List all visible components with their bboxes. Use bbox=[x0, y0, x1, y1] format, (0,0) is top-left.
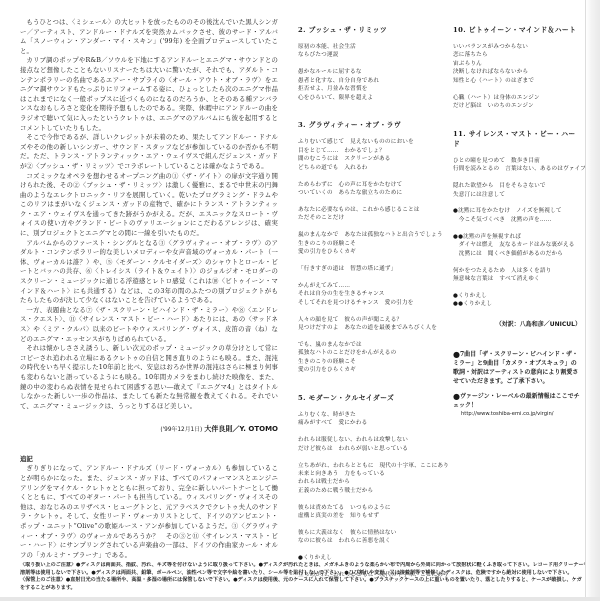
notice-text: ●直射日光の当たる場所や、高温・多湿の場所には保管しないで下さい。●ディスクは使… bbox=[66, 577, 582, 583]
lyric-stanza: 心臓（ハート）は身体のエンジンだけど脳は いのちのエンジン bbox=[453, 94, 581, 111]
paragraph: もうひとつは、〈ミシェール〉の大ヒットを放ったもののその後沈んでいた黒人シンガー… bbox=[20, 18, 278, 56]
lyric-stanza: かんがえてみて……それは自分の生を生きるチャンスそしてそれを見つけるチャンス 愛… bbox=[298, 282, 446, 307]
lyric-line: ならびたつ運説 bbox=[298, 51, 446, 59]
label-info-note: ●ヴァージン・レーベルの最新情報はここでチェック！ bbox=[453, 392, 581, 410]
omitted-lyrics-note: ●7曲目「ザ・スクリーン・ビハインド・ザ・ミラー」と9曲目「カメラ・オブスキュラ… bbox=[453, 350, 581, 386]
lyric-line: 宙ぶらりん bbox=[453, 60, 581, 68]
lyric-line: 愚かなルールに屈するな bbox=[298, 68, 446, 76]
lyric-line: あなたに必要なものは、これから感じることは bbox=[298, 206, 446, 214]
lyric-stanza: ひとの瞳を見つめて 数歩き目前行間を読みとるの 言葉はない、あるのはヴァイブだけ bbox=[453, 157, 581, 174]
lyric-line: 拒否せよ、月並みな習慣を bbox=[298, 85, 446, 93]
lyric-line: 未来と向きあう 力をもっている bbox=[298, 470, 446, 478]
postscript-title: 追記 bbox=[20, 455, 278, 464]
lyric-line: ただそのことだけ bbox=[298, 214, 446, 222]
lyric-stanza: でも、嵐のまんなかでは孤独なハトのことだけをかんがえるの生きのこりの経験こそ愛の… bbox=[298, 341, 446, 375]
lyric-line: ふりむいて感じて 見えないもののにおいを bbox=[298, 138, 446, 146]
lyric-line: 生きのこりの経験こそ bbox=[298, 240, 446, 248]
lyric-line: 彼らに大義はなく 彼らに情熱はない bbox=[298, 529, 446, 537]
lyric-line: ●沈黙に耳をかたむけ ノイズを無視して bbox=[453, 207, 581, 215]
lyric-line: 何かをつたえるため 人は多くを語り bbox=[453, 267, 581, 275]
lyric-line: 隠れた欲望から 目をそらさないで bbox=[453, 182, 581, 190]
lyric-line: 生きのこりの経験こそ bbox=[298, 358, 446, 366]
notice-line: 〈保管上のご注意〉●直射日光の当たる場所や、高温・多湿の場所には保管しないで下さ… bbox=[20, 577, 590, 585]
song-title: 3. グラヴィティー・オブ・ラヴ bbox=[298, 120, 446, 130]
page-edge-bottom bbox=[0, 597, 600, 601]
handling-notice: 〈取り扱い上のご注意〉●ディスクは両面共、指紋、汚れ、キズ等を付けないように取り… bbox=[20, 562, 590, 592]
lyric-line: 虚構と真実の差を 知りもせず bbox=[298, 512, 446, 520]
lyric-line: 今こそ気づくべき 沈黙の声を…… bbox=[453, 216, 581, 224]
lyric-line: かんがえてみて…… bbox=[298, 282, 446, 290]
bullet-icon: ● bbox=[453, 349, 460, 359]
song-title: 11. サイレンス・マスト・ビー・ハード bbox=[453, 129, 581, 149]
lyric-line: 決断しなければならないから bbox=[453, 68, 581, 76]
label-info-text: ヴァージン・レーベルの最新情報はここでチェック！ bbox=[453, 393, 580, 409]
lyric-stanza: いいバランスがみつからない恋に落ちたら宙ぶらりん決断しなければならないから知性と… bbox=[453, 43, 581, 85]
lyric-line: 失意汀には注意して bbox=[453, 191, 581, 199]
lyric-line: どちらの道でも 入れるわ bbox=[298, 164, 446, 172]
lyric-stanza: 「行きすぎの道は 智慧の塔に通ず」 bbox=[298, 265, 446, 273]
lyrics-column-2: 2. ブッシュ・ザ・リミッツ原初の本能、社会生活ならびたつ運説愚かなルールに屈す… bbox=[298, 25, 446, 588]
lyric-line: 人々の顔を見て 彼らの声が聞こえる？ bbox=[298, 316, 446, 324]
lyric-stanza: 隠れた欲望から 目をそらさないで失意汀には注意して bbox=[453, 182, 581, 199]
lyric-line: 「行きすぎの道は 智慧の塔に通ず」 bbox=[298, 265, 446, 273]
song-gap bbox=[298, 383, 446, 393]
lyric-line: 正義のために戦う戦士だから bbox=[298, 487, 446, 495]
bullet-icon: ● bbox=[453, 391, 460, 401]
lyric-stanza: 人々の顔を見て 彼らの声が聞こえる？見つけだすのよ あなたの道を最後までみちびく… bbox=[298, 316, 446, 333]
lyric-line: そしてそれを見つけるチャンス 愛の引力を bbox=[298, 299, 446, 307]
lyric-line: 知性と心（ハート）のはざまで bbox=[453, 77, 581, 85]
signature-date: ('99年12月1日) bbox=[160, 427, 202, 433]
lyric-line: ●くりかえし bbox=[453, 292, 581, 300]
lyric-line: ついていくの あらたな旅立ちのために bbox=[298, 189, 446, 197]
note-text: 7曲目「ザ・スクリーン・ビハインド・ザ・ミラー」と9曲目「カメラ・オブスキュラ」… bbox=[453, 351, 578, 385]
lyric-line: ためらわずに 心の声に耳をかたむけて bbox=[298, 181, 446, 189]
lyric-line: それは自分の生を生きるチャンス bbox=[298, 290, 446, 298]
lyric-line: 愚者と化すな、自分自身であれ bbox=[298, 77, 446, 85]
notice-line: 〈取り扱い上のご注意〉●ディスクは両面共、指紋、汚れ、キズ等を付けないように取り… bbox=[20, 562, 590, 570]
lyric-line: われらは服従しない、われらは攻撃しない bbox=[298, 436, 446, 444]
paragraph: そこで今作であるが、詳しいクレジットが未着のため、果たしてアンドルー・ドナルズや… bbox=[20, 133, 278, 171]
paragraph: 一方、表題曲となる⑦〈ザ・スクリーン・ビハインド・ザ・ミラー〉や⑧〈エンドレス・… bbox=[20, 306, 278, 344]
lyric-line: 無意味な言葉は すべて消えゆく bbox=[453, 275, 581, 283]
lyric-stanza: 愚かなルールに屈するな愚者と化すな、自分自身であれ拒否せよ、月並みな習慣を心をひ… bbox=[298, 68, 446, 102]
lyric-line: 愛の引力をひらくカギ bbox=[298, 366, 446, 374]
lyric-stanza: 何かをつたえるため 人は多くを語り無意味な言葉は すべて消えゆく bbox=[453, 267, 581, 284]
lyric-line: ダイヤは燃え 友なるカードはみな裏がえる bbox=[453, 241, 581, 249]
lyric-stanza: ●沈黙に耳をかたむけ ノイズを無視して 今こそ気づくべき 沈黙の声を…… bbox=[453, 207, 581, 224]
lyric-line: 孤独なハトのことだけをかんがえるの bbox=[298, 349, 446, 357]
song-title: 2. ブッシュ・ザ・リミッツ bbox=[298, 25, 446, 35]
song-gap bbox=[298, 110, 446, 120]
lyric-line: われらは戦士だから bbox=[298, 478, 446, 486]
paragraph: それは懐かしささえ誘うし、新しい次元のポップ・ミュージックの草分けとして常にコピ… bbox=[20, 344, 278, 411]
notice-heading: 〈取り扱い上のご注意〉 bbox=[20, 562, 76, 568]
lyric-line: 嵐のまんなかで あなたは孤独なハトと出合うでしょう bbox=[298, 231, 446, 239]
liner-notes-page: もうひとつは、〈ミシェール〉の大ヒットを放ったもののその後沈んでいた黒人シンガー… bbox=[0, 0, 586, 597]
lyric-stanza: あなたに必要なものは、これから感じることはただそのことだけ bbox=[298, 206, 446, 223]
lyric-line: 愛の引力をひらくカギ bbox=[298, 248, 446, 256]
lyric-line: 心をひらいて、限界を超えよ bbox=[298, 94, 446, 102]
paragraph: アルバムからのファースト・シングルとなる③〈グラヴィティー・オブ・ラヴ〉のアダル… bbox=[20, 239, 278, 306]
lyric-line: だけど彼らは われらが弱いと思っている bbox=[298, 445, 446, 453]
song-title: 5. モダーン・クルセイダーズ bbox=[298, 393, 446, 403]
notice-line: をすることがあります。 bbox=[20, 585, 590, 593]
lyric-stanza: 原初の本能、社会生活ならびたつ運説 bbox=[298, 43, 446, 60]
lyric-stanza: ふりむいて感じて 見えないもののにおいを目をとじて…… わかるでしょ？闇のむこう… bbox=[298, 138, 446, 172]
lyric-line: 立ちあがれ、われらとともに 現代の十字軍、ここにあり bbox=[298, 462, 446, 470]
lyric-line: 心臓（ハート）は身体のエンジン bbox=[453, 94, 581, 102]
lyric-stanza: われらは服従しない、われらは攻撃しないだけど彼らは われらが弱いと思っている bbox=[298, 436, 446, 453]
lyrics-songs: 10. ビトゥイーン・マインド＆ハートいいバランスがみつからない恋に落ちたら宙ぶ… bbox=[453, 25, 581, 309]
notice-text: ●ディスクは両面共、指紋、汚れ、キズ等を付けないように取り扱って下さい。●ディス… bbox=[76, 562, 589, 568]
notice-text: をすることがあります。 bbox=[20, 585, 76, 591]
lyric-line: ●●くりかえし bbox=[453, 300, 581, 308]
signature-name: 大伴良則／Y. OTOMO bbox=[204, 425, 278, 433]
paragraph: コズミックなオペラを想わせるオープニング曲の①〈ザ・ゲイト〉の扉が文字通り開けら… bbox=[20, 172, 278, 239]
lyric-line: ひとの瞳を見つめて 数歩き目前 bbox=[453, 157, 581, 165]
lyric-stanza: ●くりかえし●●くりかえし bbox=[453, 292, 581, 309]
lyric-stanza: 彼らは責めたてる いつものように虚構と真実の差を 知りもせず bbox=[298, 504, 446, 521]
lyric-line: ●●沈黙の声を無視すれば bbox=[453, 233, 581, 241]
lyric-line: 原初の本能、社会生活 bbox=[298, 43, 446, 51]
lyric-line: なのに彼らは われらに善悪を説く bbox=[298, 537, 446, 545]
lyric-line: 沈黙には 聞くべき価値があるのだから bbox=[453, 250, 581, 258]
lyric-stanza: 彼らに大義はなく 彼らに情熱はないなのに彼らは われらに善悪を説く bbox=[298, 529, 446, 546]
lyric-stanza: ふりむくな、時がきた痛みがすべて 愛にかわる bbox=[298, 411, 446, 428]
page-edge-shadow bbox=[585, 0, 600, 601]
lyric-line: だけど脳は いのちのエンジン bbox=[453, 102, 581, 110]
lyric-line: いいバランスがみつからない bbox=[453, 43, 581, 51]
lyric-stanza: 嵐のまんなかで あなたは孤独なハトと出合うでしょう生きのこりの経験こそ愛の引力を… bbox=[298, 231, 446, 256]
lyric-line: 見つけだすのよ あなたの道を最後までみちびく人を bbox=[298, 324, 446, 332]
lyric-line: 行間を読みとるの 言葉はない、あるのはヴァイブだけ bbox=[453, 165, 581, 173]
lyric-line: でも、嵐のまんなかでは bbox=[298, 341, 446, 349]
lyric-line: 闇のむこうには スクリーンがある bbox=[298, 155, 446, 163]
lyric-stanza: ためらわずに 心の声に耳をかたむけてついていくの あらたな旅立ちのために bbox=[298, 181, 446, 198]
lyric-line: 痛みがすべて 愛にかわる bbox=[298, 419, 446, 427]
notice-heading: 〈保管上のご注意〉 bbox=[20, 577, 66, 583]
notice-text: 溶剤等は使用しないで下さい。●ディスクは両面共、鉛筆、ボールペン、油性ペン等で文… bbox=[20, 570, 573, 576]
lyrics-column-3: 10. ビトゥイーン・マインド＆ハートいいバランスがみつからない恋に落ちたら宙ぶ… bbox=[453, 25, 581, 418]
lyric-line: 目をとじて…… わかるでしょ？ bbox=[298, 147, 446, 155]
author-signature: ('99年12月1日) 大伴良則／Y. OTOMO bbox=[20, 425, 278, 435]
song-title: 10. ビトゥイーン・マインド＆ハート bbox=[453, 25, 581, 35]
postscript-text: ぎりぎりになって、アンドルー・ドナルズ（リード・ヴォーカル）も参加していることが… bbox=[20, 464, 278, 560]
lyric-line: ふりむくな、時がきた bbox=[298, 411, 446, 419]
lyric-line: 彼らは責めたてる いつものように bbox=[298, 504, 446, 512]
lyric-stanza: 立ちあがれ、われらとともに 現代の十字軍、ここにあり未来と向きあう 力をもってい… bbox=[298, 462, 446, 496]
translation-credit: （対訳：八島和彦／UNICUL） bbox=[453, 319, 581, 328]
lyric-stanza: ●●沈黙の声を無視すれば ダイヤは燃え 友なるカードはみな裏がえる 沈黙には 聞… bbox=[453, 233, 581, 258]
label-url-link[interactable]: http://www.toshiba-emi.co.jp/virgin/ bbox=[453, 410, 581, 418]
song-gap bbox=[453, 119, 581, 129]
paragraph: カリブ調のポップやR&B／ソウルを下地にするアンドルーとエニグマ・サウンドとの接… bbox=[20, 56, 278, 133]
liner-notes-column: もうひとつは、〈ミシェール〉の大ヒットを放ったもののその後沈んでいた黒人シンガー… bbox=[20, 18, 278, 560]
lyric-line: 恋に落ちたら bbox=[453, 51, 581, 59]
